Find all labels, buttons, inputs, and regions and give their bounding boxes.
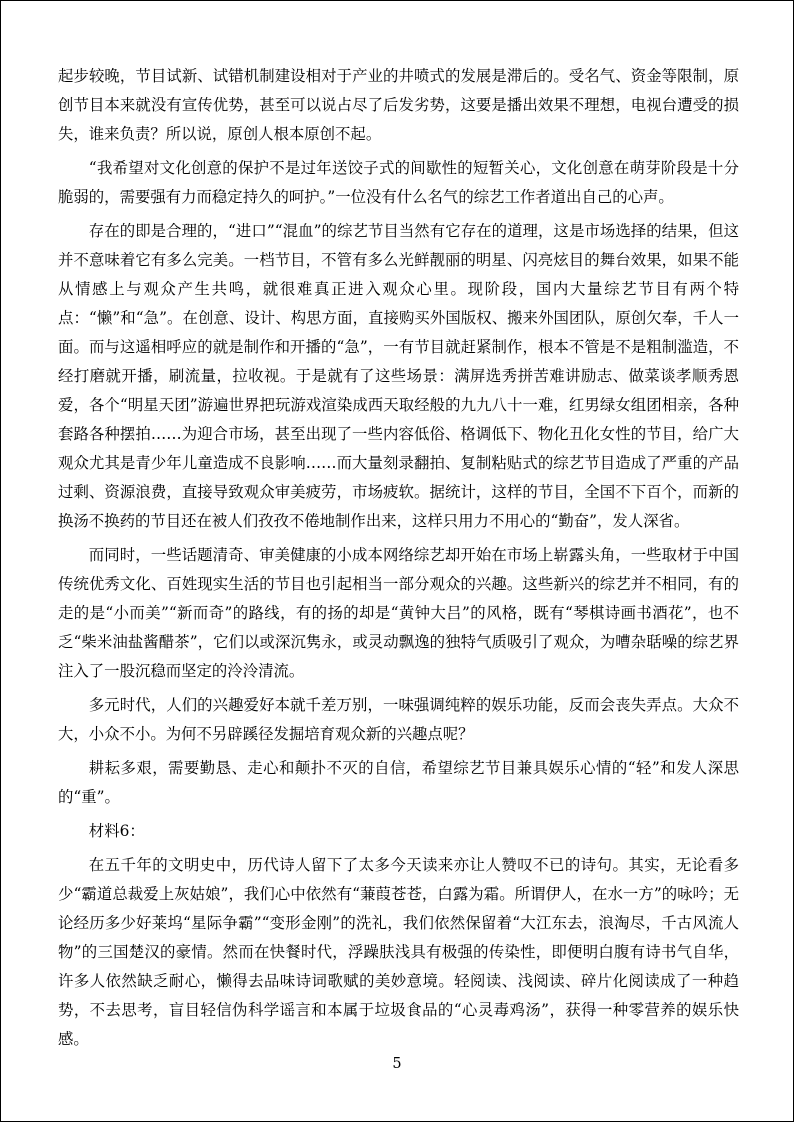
- paragraph: 多元时代，人们的兴趣爱好本就千差万别，一味强调纯粹的娱乐功能，反而会丧失弄点。大…: [58, 691, 739, 749]
- paragraph: 材料6：: [58, 817, 739, 846]
- paragraph: 而同时，一些话题清奇、审美健康的小成本网络综艺却开始在市场上崭露头角，一些取材于…: [58, 541, 739, 686]
- page-number: 5: [392, 1056, 401, 1072]
- document-page: 起步较晚，节目试新、试错机制建设相对于产业的井喷式的发展是滞后的。受名气、资金等…: [0, 0, 794, 1122]
- document-body: 起步较晚，节目试新、试错机制建设相对于产业的井喷式的发展是滞后的。受名气、资金等…: [58, 62, 739, 1059]
- paragraph: 存在的即是合理的，“进口”“混血”的综艺节目当然有它存在的道理，这是市场选择的结…: [58, 217, 739, 536]
- paragraph: 在五千年的文明史中，历代诗人留下了太多今天读来亦让人赞叹不已的诗句。其实，无论看…: [58, 851, 739, 1054]
- paragraph: 起步较晚，节目试新、试错机制建设相对于产业的井喷式的发展是滞后的。受名气、资金等…: [58, 62, 739, 149]
- paragraph: “我希望对文化创意的保护不是过年送饺子式的间歇性的短暂关心，文化创意在萌芽阶段是…: [58, 154, 739, 212]
- page-footer: 5: [1, 1053, 793, 1075]
- paragraph: 耕耘多艰，需要勤恳、走心和颠扑不灭的自信，希望综艺节目兼具娱乐心情的“轻”和发人…: [58, 754, 739, 812]
